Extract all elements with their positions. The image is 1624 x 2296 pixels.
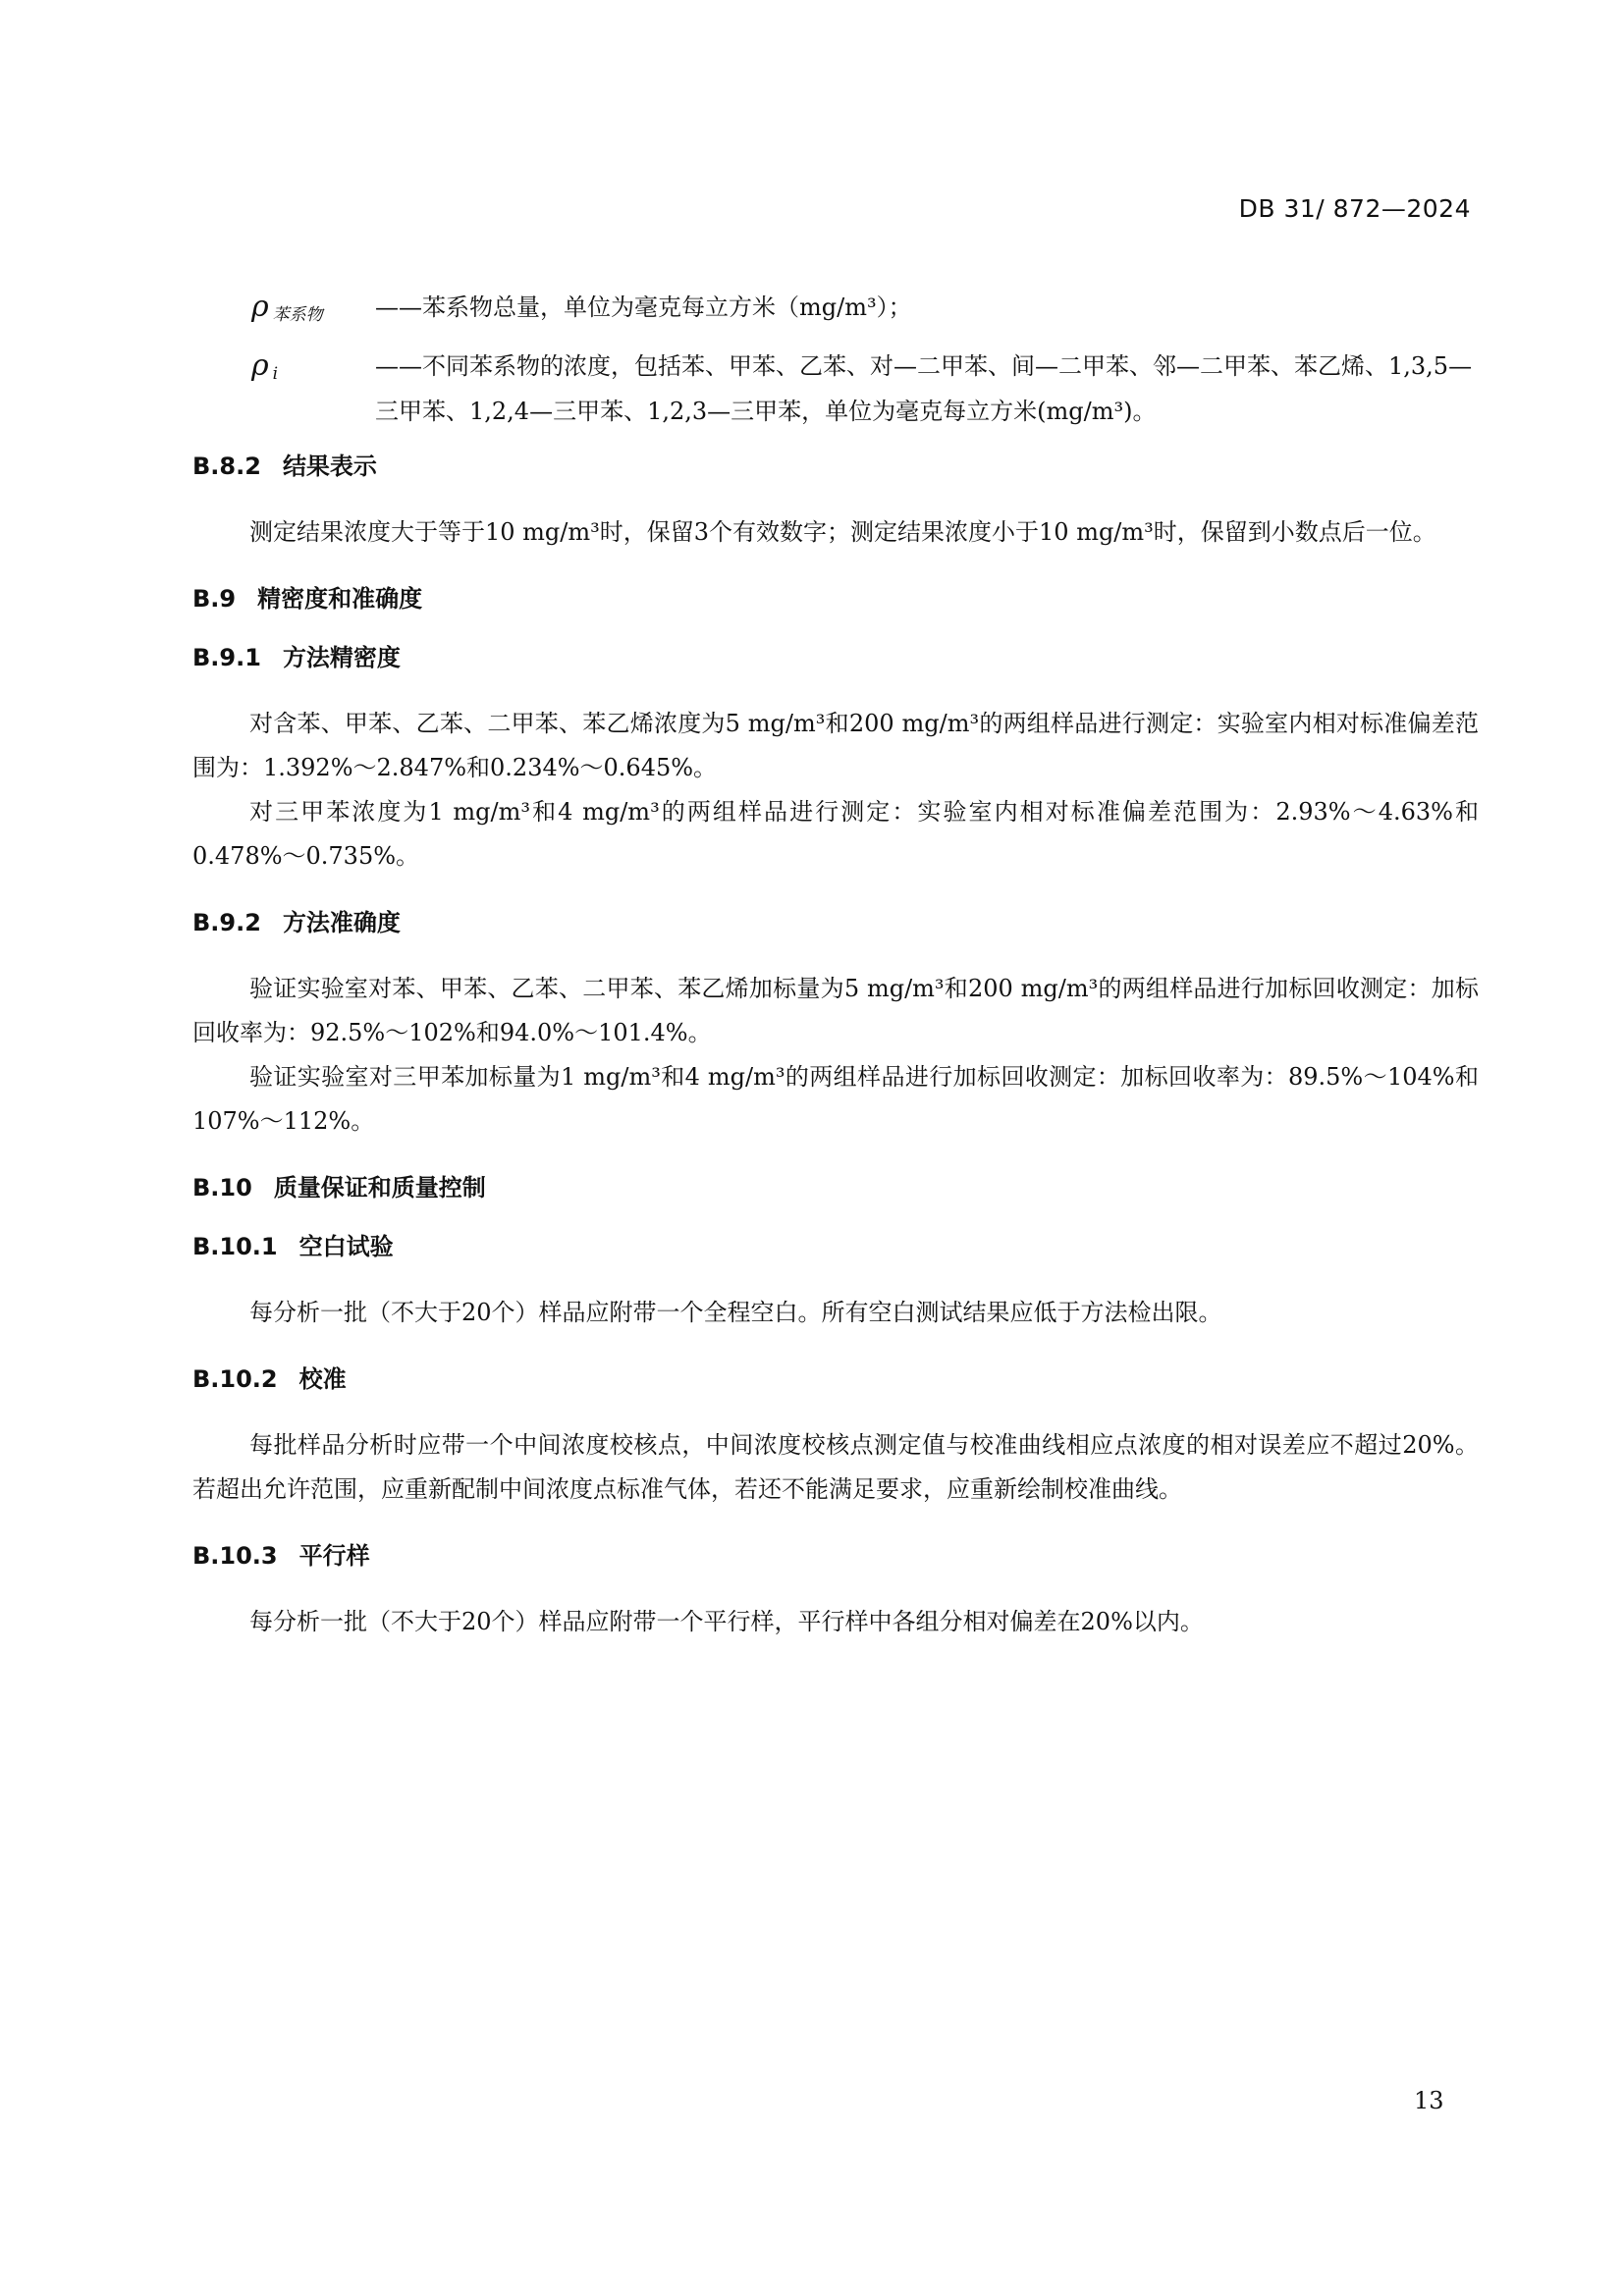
section-number: B.9 [192,584,236,614]
paragraph: 每批样品分析时应带一个中间浓度校核点，中间浓度校核点测定值与校准曲线相应点浓度的… [192,1423,1479,1512]
heading-b103: B.10.3平行样 [192,1541,1479,1571]
definition-individual-benzene: ρi ——不同苯系物的浓度，包括苯、甲苯、乙苯、对—二甲苯、间—二甲苯、邻—二甲… [251,344,1479,434]
paragraph: 对三甲苯浓度为1 mg/m³和4 mg/m³的两组样品进行测定：实验室内相对标准… [192,790,1479,879]
section-number: B.8.2 [192,452,261,481]
symbol-subscript: 苯系物 [273,305,323,325]
page-number: 13 [1414,2087,1444,2114]
section-number: B.10.3 [192,1541,278,1571]
heading-b102: B.10.2校准 [192,1364,1479,1394]
section-title: 结果表示 [283,453,377,480]
document-body: B.8.2结果表示 测定结果浓度大于等于10 mg/m³时，保留3个有效数字；测… [192,452,1479,1644]
symbol-definitions: ρ苯系物 ——苯系物总量，单位为毫克每立方米（mg/m³）； ρi ——不同苯系… [251,285,1479,434]
section-title: 方法准确度 [283,909,401,936]
section-number: B.10 [192,1173,252,1202]
standard-code: DB 31/ 872—2024 [1239,194,1471,223]
paragraph: 验证实验室对苯、甲苯、乙苯、二甲苯、苯乙烯加标量为5 mg/m³和200 mg/… [192,967,1479,1055]
section-title: 校准 [299,1365,347,1393]
section-title: 精密度和准确度 [257,585,422,613]
section-title: 空白试验 [299,1233,394,1260]
heading-b92: B.9.2方法准确度 [192,908,1479,937]
section-number: B.9.1 [192,643,261,672]
section-number: B.10.2 [192,1364,278,1394]
heading-b91: B.9.1方法精密度 [192,643,1479,672]
symbol-subscript: i [273,364,278,384]
paragraph: 验证实验室对三甲苯加标量为1 mg/m³和4 mg/m³的两组样品进行加标回收测… [192,1055,1479,1144]
symbol-rho-i: ρi [251,344,278,397]
heading-b101: B.10.1空白试验 [192,1232,1479,1261]
paragraph: 对含苯、甲苯、乙苯、二甲苯、苯乙烯浓度为5 mg/m³和200 mg/m³的两组… [192,702,1479,790]
section-title: 方法精密度 [283,644,401,671]
document-page: DB 31/ 872—2024 ρ苯系物 ——苯系物总量，单位为毫克每立方米（m… [0,0,1624,2296]
definition-total-benzene: ρ苯系物 ——苯系物总量，单位为毫克每立方米（mg/m³）； [251,285,1479,330]
definition-text: ——不同苯系物的浓度，包括苯、甲苯、乙苯、对—二甲苯、间—二甲苯、邻—二甲苯、苯… [375,344,1479,434]
section-number: B.9.2 [192,908,261,937]
section-title: 平行样 [299,1542,370,1570]
section-title: 质量保证和质量控制 [274,1174,486,1201]
paragraph: 测定结果浓度大于等于10 mg/m³时，保留3个有效数字；测定结果浓度小于10 … [192,510,1479,555]
symbol-rho-total: ρ苯系物 [251,285,323,338]
heading-b9: B.9精密度和准确度 [192,584,1479,614]
section-number: B.10.1 [192,1232,278,1261]
heading-b10: B.10质量保证和质量控制 [192,1173,1479,1202]
heading-b82: B.8.2结果表示 [192,452,1479,481]
paragraph: 每分析一批（不大于20个）样品应附带一个平行样，平行样中各组分相对偏差在20%以… [192,1600,1479,1644]
paragraph: 每分析一批（不大于20个）样品应附带一个全程空白。所有空白测试结果应低于方法检出… [192,1291,1479,1335]
symbol-char: ρ [251,348,269,383]
definition-text: ——苯系物总量，单位为毫克每立方米（mg/m³）； [375,285,1479,330]
symbol-char: ρ [251,290,269,324]
